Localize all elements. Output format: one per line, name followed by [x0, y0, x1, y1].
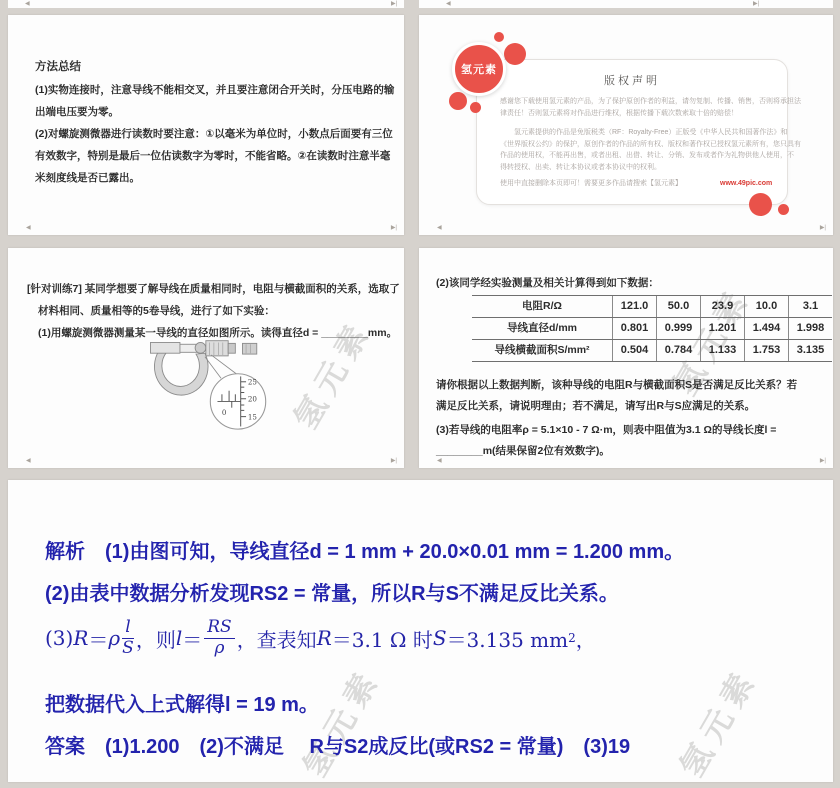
previous-slide-strip-left[interactable]: ◀ ▶|: [8, 0, 404, 8]
body-line: 出端电压要为零。: [35, 101, 394, 123]
question-line: 满足反比关系，请说明理由；若不满足，请写出R与S应满足的关系。: [436, 396, 797, 417]
decorative-circle: [449, 92, 467, 110]
prev-slide-icon[interactable]: ◀: [26, 458, 31, 464]
copyright-line: 感谢您下载使用氢元素的产品，为了保护原创作者的利益，请勿复制、传播、销售，否则将…: [500, 96, 801, 108]
formula-part: ＝: [88, 624, 108, 653]
cell: 3.135: [788, 340, 832, 361]
table-row: 电阻R/Ω 121.0 50.0 23.9 10.0 3.1: [472, 296, 832, 318]
fraction: lS: [122, 618, 134, 658]
decorative-circle: [778, 204, 789, 215]
cell: 3.1: [788, 296, 832, 317]
formula-part: R: [317, 626, 332, 650]
website-url[interactable]: www.49pic.com: [720, 180, 772, 187]
body-line: (1)实物连接时，注意导线不能相交叉，并且要注意闭合开关时，分压电路的输: [35, 79, 394, 101]
analysis-line-4: 把数据代入上式解得l = 19 m。: [45, 688, 319, 717]
prev-slide-icon[interactable]: ◀: [25, 1, 30, 7]
cell: 0.801: [612, 318, 656, 339]
cell: 1.133: [700, 340, 744, 361]
cell: 1.753: [744, 340, 788, 361]
next-slide-icon[interactable]: ▶|: [820, 225, 826, 231]
watermark: 氢元素: [290, 658, 390, 785]
slide-title: 方法总结: [35, 55, 394, 79]
body-line: 米刻度线是否已露出。: [35, 167, 394, 189]
copyright-line: 作品的使用权，不能再出售，或者出租、出借、转让、分销、发布或者作为礼物供他人使用…: [500, 150, 801, 162]
thimble-label-20: 20: [248, 394, 258, 403]
question-line: 请你根据以上数据判断，该种导线的电阻R与横截面积S是否满足反比关系？若: [436, 375, 797, 396]
superscript: 2: [568, 631, 576, 645]
spacer: [500, 119, 801, 127]
analysis-formula: (3)R＝ρlS，则 l＝RSρ，查表知 R＝3.1 Ω 时 S＝3.135 m…: [45, 618, 596, 658]
prev-slide-icon[interactable]: ◀: [446, 1, 451, 7]
answer-line: 答案 (1)1.200 (2)不满足 R与S2成反比(或RS2 = 常量) (3…: [45, 730, 630, 759]
analysis-line-1: 解析 (1)由图可知，导线直径d = 1 mm + 20.0×0.01 mm =…: [45, 535, 684, 564]
row-header: 电阻R/Ω: [472, 296, 612, 317]
previous-slide-strip-right[interactable]: ◀ ▶|: [419, 0, 833, 8]
next-slide-icon[interactable]: ▶|: [753, 1, 759, 7]
copyright-line: 《世界版权公约》的保护，原创作者的作品的所有权、版权和著作权已授权氢元素所有，您…: [500, 139, 801, 151]
data-table: 电阻R/Ω 121.0 50.0 23.9 10.0 3.1 导线直径d/mm …: [472, 295, 832, 362]
formula-part: (3): [45, 626, 73, 650]
question-line: (3)若导线的电阻率ρ = 5.1×10 - 7 Ω·m，则表中阻值为3.1 Ω…: [436, 420, 797, 441]
question-line: ________m(结果保留2位有效数字)。: [436, 441, 797, 462]
decorative-circle: [470, 102, 481, 113]
thimble-label-15: 15: [248, 412, 257, 421]
cell: 23.9: [700, 296, 744, 317]
body-line: 有效数字，特别是最后一位估读数字为零时，不能省略。②在读数时注意半毫: [35, 145, 394, 167]
slide-copyright[interactable]: 版权声明 感谢您下载使用氢元素的产品，为了保护原创作者的利益，请勿复制、传播、销…: [419, 15, 833, 235]
formula-part: ρ: [108, 626, 120, 650]
micrometer-figure: 0 25 20 15: [146, 328, 280, 432]
denominator: S: [122, 639, 134, 659]
analysis-line-2: (2)由表中数据分析发现RS2 = 常量，所以R与S不满足反比关系。: [45, 577, 619, 606]
denominator: ρ: [214, 639, 224, 659]
formula-part: ＝: [182, 624, 202, 653]
formula-part: ，查表知: [237, 624, 317, 653]
row-header: 导线直径d/mm: [472, 318, 612, 339]
cell: 10.0: [744, 296, 788, 317]
row-header: 导线横截面积S/mm²: [472, 340, 612, 361]
copyright-line: 得转授权、出卖、转让本协议或者本协议中的权利。: [500, 162, 801, 174]
table-intro: (2)该同学经实验测量及相关计算得到如下数据：: [436, 275, 659, 290]
decorative-circle: [504, 43, 526, 65]
decorative-circle: [494, 32, 504, 42]
formula-part: ，则: [136, 624, 176, 653]
formula-part: ＝3.135 mm: [447, 624, 569, 653]
fraction: RSρ: [204, 618, 234, 658]
watermark: 氢元素: [667, 658, 767, 785]
table-row: 导线直径d/mm 0.801 0.999 1.201 1.494 1.998: [472, 318, 832, 340]
brand-logo: 氢元素: [452, 42, 506, 96]
formula-part: R: [73, 626, 88, 650]
formula-part: ＝3.1 Ω 时: [332, 624, 433, 653]
copyright-line: 氢元素提供的作品是免版税类（RF：Royalty-Free）正版受《中华人民共和…: [500, 127, 801, 139]
prev-slide-icon[interactable]: ◀: [437, 225, 442, 231]
copyright-title: 版权声明: [477, 72, 787, 88]
body-line: (2)对螺旋测微器进行读数时要注意：①以毫米为单位时，小数点后面要有三位: [35, 123, 394, 145]
prev-slide-icon[interactable]: ◀: [26, 225, 31, 231]
slide-answer[interactable]: 氢元素 氢元素 解析 (1)由图可知，导线直径d = 1 mm + 20.0×0…: [8, 480, 833, 782]
cell: 121.0: [612, 296, 656, 317]
cell: 1.494: [744, 318, 788, 339]
main-scale-label: 0: [222, 408, 227, 417]
cell: 0.504: [612, 340, 656, 361]
copyright-line: 律责任！否则氢元素将对作品进行维权，根据传播下载次数索取十倍的赔偿！: [500, 108, 801, 120]
thimble-label-25: 25: [248, 377, 257, 386]
cell: 50.0: [656, 296, 700, 317]
next-slide-icon[interactable]: ▶|: [391, 225, 397, 231]
copyright-card: 版权声明 感谢您下载使用氢元素的产品，为了保护原创作者的利益，请勿复制、传播、销…: [476, 59, 788, 205]
slide-method-summary[interactable]: 方法总结 (1)实物连接时，注意导线不能相交叉，并且要注意闭合开关时，分压电路的…: [8, 15, 404, 235]
cell: 1.201: [700, 318, 744, 339]
table-row: 导线横截面积S/mm² 0.504 0.784 1.133 1.753 3.13…: [472, 340, 832, 362]
next-slide-icon[interactable]: ▶|: [391, 458, 397, 464]
body-line: 材料相同、质量相等的5卷导线，进行了如下实验：: [27, 300, 400, 322]
slide-data-table[interactable]: 氢元素 (2)该同学经实验测量及相关计算得到如下数据： 电阻R/Ω 121.0 …: [419, 248, 833, 468]
next-slide-icon[interactable]: ▶|: [820, 458, 826, 464]
slides-preview-page: ◀ ▶| ◀ ▶| 方法总结 (1)实物连接时，注意导线不能相交叉，并且要注意闭…: [0, 0, 840, 788]
next-slide-icon[interactable]: ▶|: [391, 1, 397, 7]
numerator: l: [122, 618, 133, 639]
cell: 1.998: [788, 318, 832, 339]
formula-part: ，: [576, 624, 596, 653]
formula-part: S: [433, 626, 447, 650]
cell: 0.784: [656, 340, 700, 361]
copyright-footer: 使用中直接删除本页即可！需要更多作品请搜索【氢元素】: [500, 178, 682, 188]
decorative-circle: [749, 193, 772, 216]
slide-exercise[interactable]: 氢元素 [针对训练7] 某同学想要了解导线在质量相同时，电阻与横截面积的关系，选…: [8, 248, 404, 468]
cell: 0.999: [656, 318, 700, 339]
numerator: RS: [204, 618, 234, 639]
body-line: [针对训练7] 某同学想要了解导线在质量相同时，电阻与横截面积的关系，选取了: [27, 278, 400, 300]
